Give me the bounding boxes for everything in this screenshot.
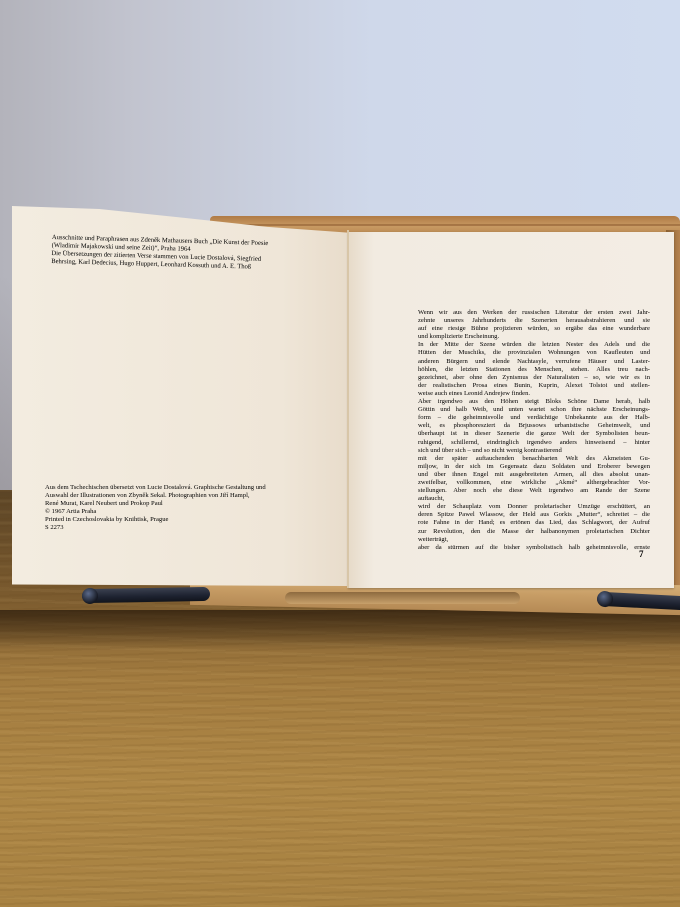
page-number: 7 bbox=[639, 549, 644, 559]
body-line: gezeichnet, aber ohne den Zynismus der N… bbox=[418, 374, 650, 382]
imprint-line: Auswahl der Illustrationen von Zbyněk Se… bbox=[45, 492, 303, 500]
body-line: weiterträgt, bbox=[418, 536, 650, 544]
body-line: zweifelbar, vollkommen, eine wirkliche „… bbox=[418, 479, 650, 487]
body-line: höhlen, die letzten Stationen des Mensch… bbox=[418, 366, 650, 374]
body-line: anderen Bürgern und elende Nachtasyle, v… bbox=[418, 358, 650, 366]
body-line: zur Revolution, den die Masse der halban… bbox=[418, 528, 650, 536]
body-line: mit der später auftauchenden benachbarte… bbox=[418, 455, 650, 463]
body-line: Wenn wir aus den Werken der russischen L… bbox=[418, 309, 650, 317]
body-line: rote Fahne in der Hand; es ertönen das L… bbox=[418, 519, 650, 527]
body-line: auftaucht, bbox=[418, 495, 650, 503]
page-holder-clip-left[interactable] bbox=[82, 587, 210, 603]
body-line: Hütten der Muschiks, die provinzialen Wo… bbox=[418, 349, 650, 357]
imprint-line: René Murat, Karel Neubert und Prokop Pau… bbox=[45, 500, 303, 508]
imprint-line: Aus dem Tschechischen übersetzt von Luci… bbox=[45, 484, 303, 492]
body-line: deren Spitze Pawel Wlassow, der Held aus… bbox=[418, 511, 650, 519]
book-stand-shadow bbox=[0, 610, 680, 650]
catalog-number: S 2273 bbox=[45, 524, 303, 532]
body-line: ruhigend, schillernd, eindringlich irgen… bbox=[418, 439, 650, 447]
body-line: Aber irgendwo aus den Höhen steigt Bloks… bbox=[418, 398, 650, 406]
copyright-line: © 1967 Artia Praha bbox=[45, 508, 303, 516]
imprint-credits: Aus dem Tschechischen übersetzt von Luci… bbox=[45, 484, 303, 533]
body-line: überhaupt ist in dieser Szenerie die gan… bbox=[418, 430, 650, 438]
printer-line: Printed in Czechoslovakia by Knihtisk, P… bbox=[45, 516, 303, 524]
body-line: Göttin und halb Weib, und unten wartet s… bbox=[418, 406, 650, 414]
body-line: weise auch eines Leonid Andrejew finden. bbox=[418, 390, 650, 398]
clip-knob-icon bbox=[82, 588, 98, 604]
body-line: sich und über sich – und so nicht wenig … bbox=[418, 447, 650, 455]
body-line: welt, es phosphoresziert da Brjussows ur… bbox=[418, 422, 650, 430]
body-line: miljow, in der sich im Gegensatz dazu So… bbox=[418, 463, 650, 471]
body-line: wird der Schauplatz vom Donner proletari… bbox=[418, 503, 650, 511]
book-spine bbox=[347, 230, 349, 588]
body-line: der realistischen Prosa eines Bunin, Kup… bbox=[418, 382, 650, 390]
body-line: In der Mitte der Szene würden die letzte… bbox=[418, 341, 650, 349]
book-stand-slot bbox=[285, 592, 520, 604]
body-line: und komplizierte Erscheinung. bbox=[418, 333, 650, 341]
body-line: aber da stürmen auf die bisher symbolist… bbox=[418, 544, 650, 552]
body-line: stellungen. Aber noch ehe diese Welt irg… bbox=[418, 487, 650, 495]
body-line: form – die geheimnisvolle und verdächtig… bbox=[418, 414, 650, 422]
body-line: und über ihnen Engel mit ausgebreiteten … bbox=[418, 471, 650, 479]
body-text: Wenn wir aus den Werken der russischen L… bbox=[418, 309, 650, 552]
body-line: zehnte unseres Jahrhunderts die Szenerie… bbox=[418, 317, 650, 325]
clip-knob-icon bbox=[597, 591, 614, 608]
body-line: auf eine riesige Bühne projizieren würde… bbox=[418, 325, 650, 333]
